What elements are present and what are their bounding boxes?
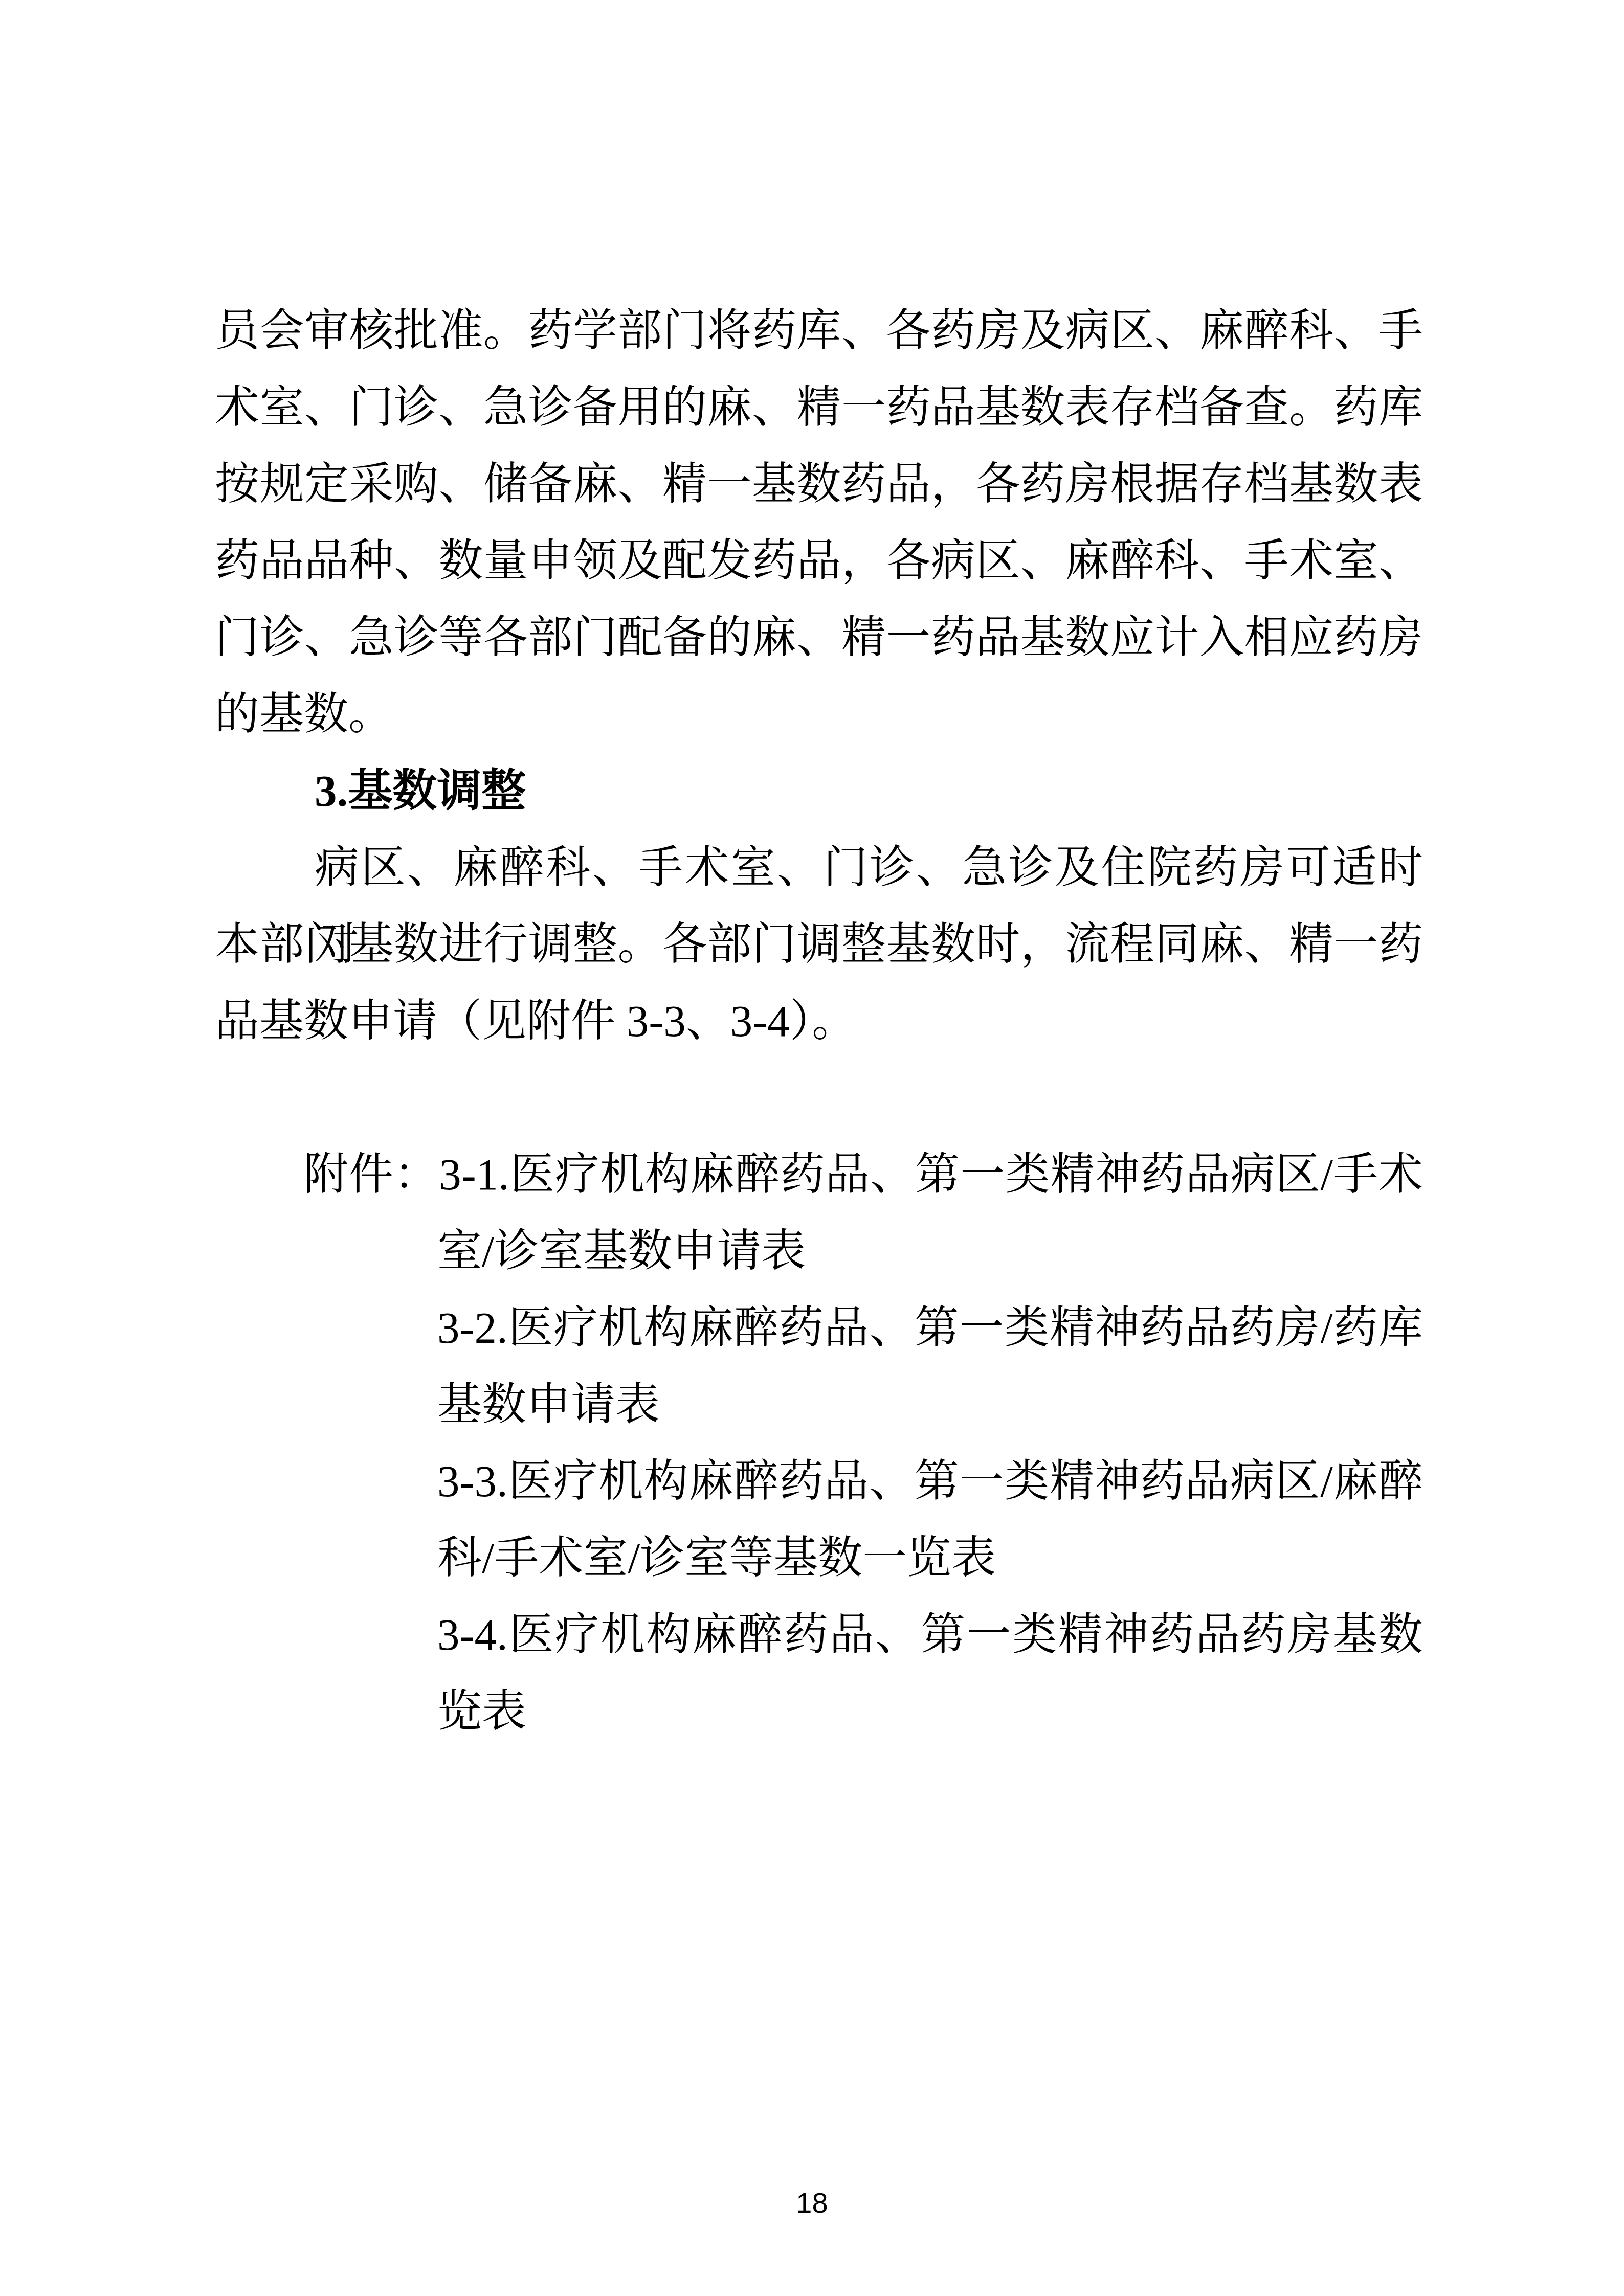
attachment-line-3-1-cont: 室/诊室基数申请表 <box>215 1213 1423 1290</box>
attachment-line-3-4-cont: 览表 <box>215 1673 1423 1750</box>
section-heading: 3.基数调整 <box>215 753 1423 829</box>
paragraph1-line: 按规定采购、储备麻、精一基数药品，各药房根据存档基数表 <box>215 446 1423 523</box>
paragraph2-line: 本部门基数进行调整。各部门调整基数时，流程同麻、精一药 <box>215 906 1423 983</box>
blank-line <box>215 1060 1423 1136</box>
attachment-line-3-3-cont: 科/手术室/诊室等基数一览表 <box>215 1520 1423 1596</box>
document-page: 员会审核批准。药学部门将药库、各药房及病区、麻醉科、手 术室、门诊、急诊备用的麻… <box>0 0 1624 2296</box>
document-body: 员会审核批准。药学部门将药库、各药房及病区、麻醉科、手 术室、门诊、急诊备用的麻… <box>215 292 1423 1750</box>
attachment-line-3-1: 附件：3-1.医疗机构麻醉药品、第一类精神药品病区/手术 <box>215 1136 1423 1213</box>
paragraph2-line: 品基数申请（见附件 3-3、3-4）。 <box>215 983 1423 1060</box>
paragraph1-line: 员会审核批准。药学部门将药库、各药房及病区、麻醉科、手 <box>215 292 1423 369</box>
attachment-line-3-2-cont: 基数申请表 <box>215 1366 1423 1443</box>
attachment-line-3-4: 3-4.医疗机构麻醉药品、第一类精神药品药房基数一 <box>215 1596 1423 1673</box>
paragraph2-line: 病区、麻醉科、手术室、门诊、急诊及住院药房可适时对 <box>215 829 1423 906</box>
paragraph1-line: 的基数。 <box>215 676 1423 753</box>
attachment-line-3-3: 3-3.医疗机构麻醉药品、第一类精神药品病区/麻醉 <box>215 1443 1423 1520</box>
page-number: 18 <box>0 2188 1624 2218</box>
attachment-line-3-2: 3-2.医疗机构麻醉药品、第一类精神药品药房/药库 <box>215 1290 1423 1366</box>
paragraph1-line: 药品品种、数量申领及配发药品，各病区、麻醉科、手术室、 <box>215 523 1423 599</box>
paragraph1-line: 门诊、急诊等各部门配备的麻、精一药品基数应计入相应药房 <box>215 599 1423 676</box>
paragraph1-line: 术室、门诊、急诊备用的麻、精一药品基数表存档备查。药库 <box>215 369 1423 446</box>
